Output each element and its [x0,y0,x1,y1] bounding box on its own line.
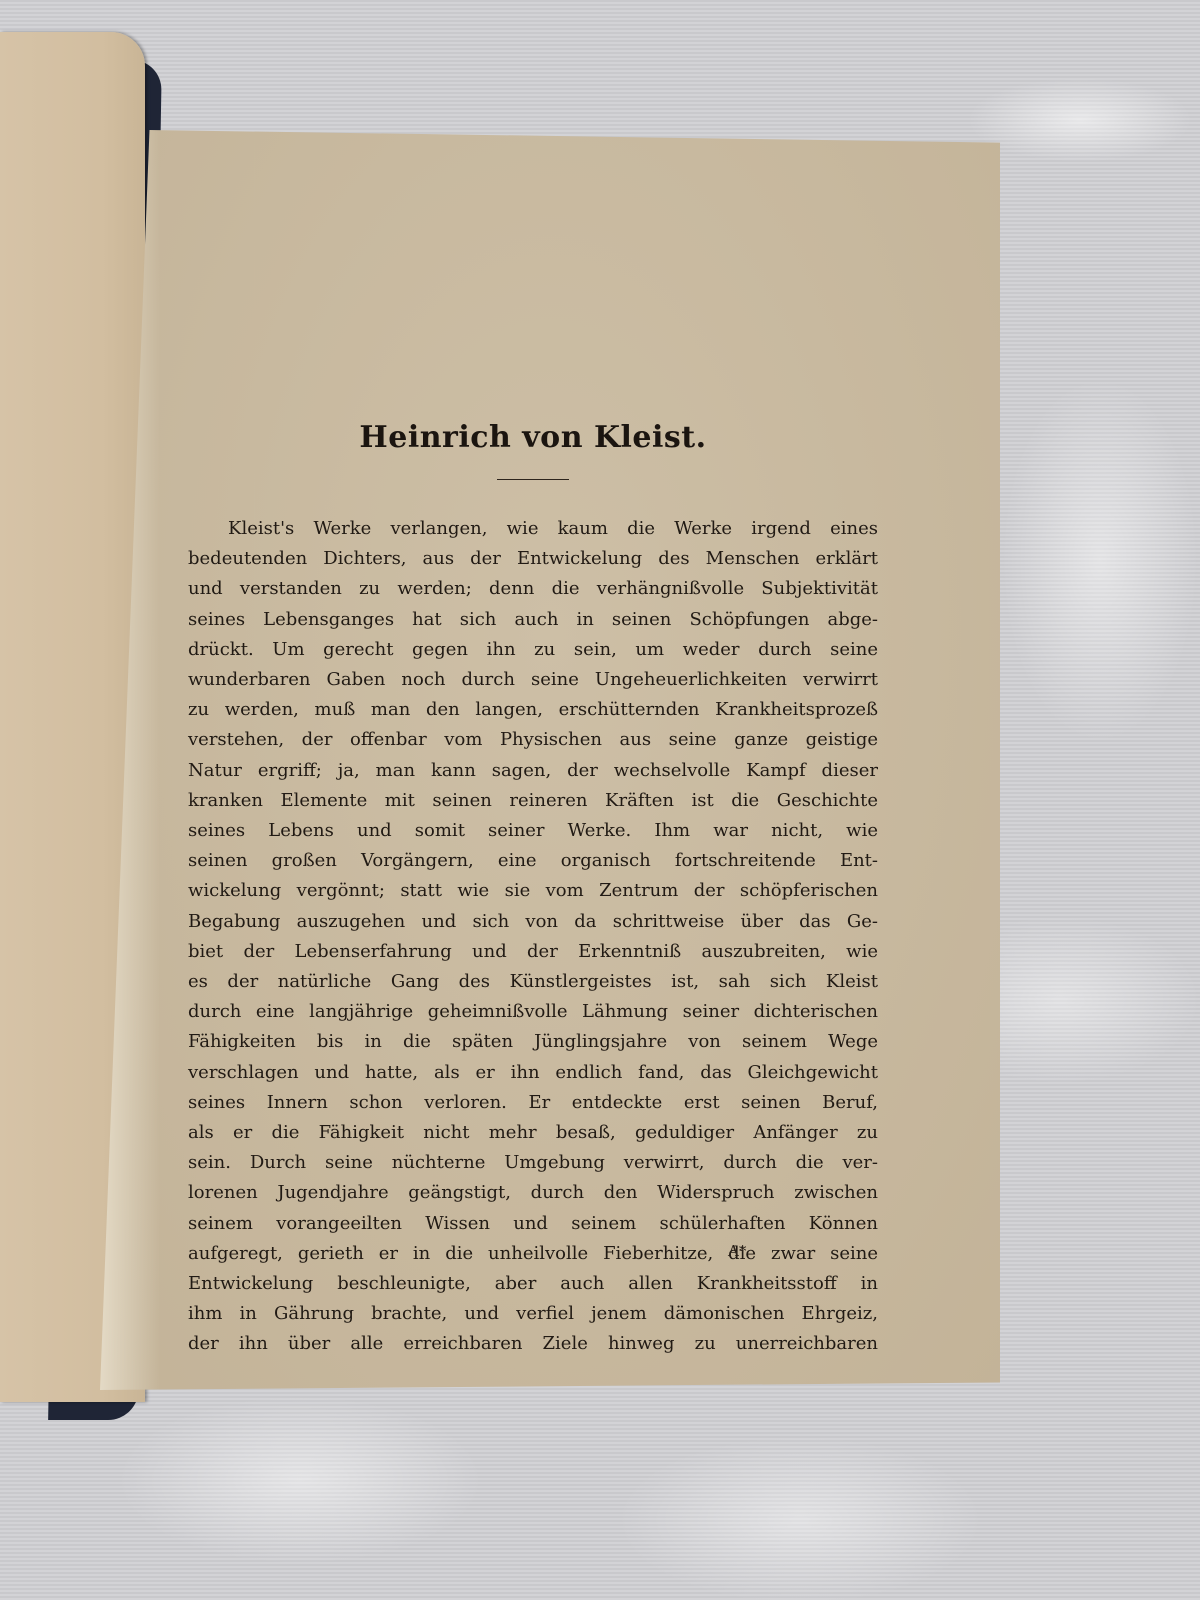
text-line: der ihn über alle erreichbaren Ziele hin… [188,1329,878,1359]
text-line: bedeutenden Dichters, aus der Entwickelu… [188,544,878,574]
chapter-title: Heinrich von Kleist. [188,420,878,455]
text-line: als er die Fähigkeit nicht mehr besaß, g… [188,1118,878,1148]
text-line: Natur ergriff; ja, man kann sagen, der w… [188,756,878,786]
text-line: seinem vorangeeilten Wissen und seinem s… [188,1209,878,1239]
text-line: sein. Durch seine nüchterne Umgebung ver… [188,1148,878,1178]
text-line: drückt. Um gerecht gegen ihn zu sein, um… [188,635,878,665]
text-line: durch eine langjährige geheimnißvolle Lä… [188,997,878,1027]
text-line: aufgeregt, gerieth er in die unheilvolle… [188,1239,878,1269]
signature-mark: A* [728,1242,746,1260]
text-line: lorenen Jugendjahre geängstigt, durch de… [188,1178,878,1208]
text-line: seines Innern schon verloren. Er entdeck… [188,1088,878,1118]
text-line: kranken Elemente mit seinen reineren Krä… [188,786,878,816]
text-line: verstehen, der offenbar vom Physischen a… [188,725,878,755]
title-divider [497,479,569,480]
text-line: biet der Lebenserfahrung und der Erkennt… [188,937,878,967]
text-line: seines Lebensganges hat sich auch in sei… [188,605,878,635]
body-paragraph: Kleist's Werke verlangen, wie kaum die W… [188,514,878,1360]
text-line: seines Lebens und somit seiner Werke. Ih… [188,816,878,846]
text-line: wickelung vergönnt; statt wie sie vom Ze… [188,876,878,906]
text-line: und verstanden zu werden; denn die verhä… [188,574,878,604]
text-line: Begabung auszugehen und sich von da schr… [188,907,878,937]
text-line: seinen großen Vorgängern, eine organisch… [188,846,878,876]
text-line: Kleist's Werke verlangen, wie kaum die W… [188,514,878,544]
text-line: es der natürliche Gang des Künstlergeist… [188,967,878,997]
text-line: zu werden, muß man den langen, erschütte… [188,695,878,725]
text-line: ihm in Gährung brachte, und verfiel jene… [188,1299,878,1329]
page-content: Heinrich von Kleist. Kleist's Werke verl… [188,420,878,1360]
text-line: wunderbaren Gaben noch durch seine Ungeh… [188,665,878,695]
text-line: Fähigkeiten bis in die späten Jünglingsj… [188,1027,878,1057]
text-line: verschlagen und hatte, als er ihn endlic… [188,1058,878,1088]
text-line: Entwickelung beschleunigte, aber auch al… [188,1269,878,1299]
